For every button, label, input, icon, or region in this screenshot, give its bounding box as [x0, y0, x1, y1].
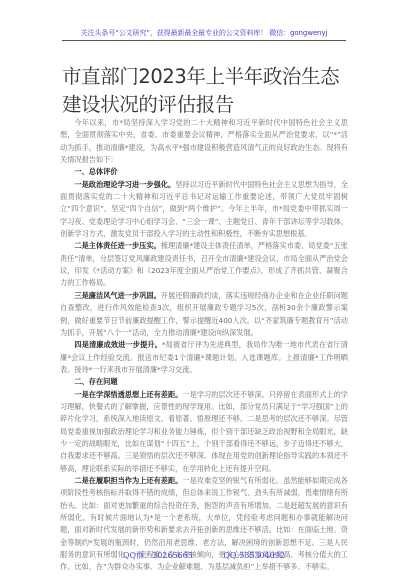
paragraph-text: 一是学习的层次还不够深。只停留在表面形式上的学习理解，快餐式的了解掌握，应景性的… [60, 390, 348, 473]
promo-banner: 关注头条号“公文研究”，获得最新最全最专业的公文资料库！ 微信：gongweny… [62, 28, 346, 41]
paragraph: 四是清廉成效进一步提升。*局被省厅评为先进典型，我局作为唯一地市代表在省厅清廉*… [60, 339, 348, 376]
intro-paragraph: 今年以来，市*局坚持深入学习党的二十大精神和习近平新时代中国特色社会主义思想，全… [60, 117, 348, 166]
document-body: 今年以来，市*局坚持深入学习党的二十大精神和习近平新时代中国特色社会主义思想，全… [60, 117, 348, 574]
page-title: 市直部门2023年上半年政治生态建设状况的评估报告 [62, 63, 352, 119]
qq-group-text: QQ群：30265665 [123, 551, 193, 560]
paragraph-lead: 二是在履职担当作为上还有差距。 [74, 476, 182, 485]
paragraph: 二是主体责任进一步压实。梳理清廉*建设主体责任清单，严格落实市委、局党委“五张责… [60, 240, 348, 289]
paragraph-lead: 三是廉洁风气进一步巩固。 [74, 291, 160, 300]
qq-text: QQ:535304092 [223, 551, 285, 560]
section-heading: 二、存在问题 [60, 376, 348, 388]
contact-footer: QQ群：30265665 QQ:535304092 [0, 550, 408, 561]
section-heading: 一、总体评价 [60, 166, 348, 178]
paragraph-lead: 二是主体责任进一步压实。 [74, 241, 160, 250]
document-page: 关注头条号“公文研究”，获得最新最全最专业的公文资料库！ 微信：gongweny… [0, 0, 408, 580]
paragraph: 一是政治理论学习进一步强化。坚持以习近平新时代中国特色社会主义思想为指导，全面贯… [60, 179, 348, 241]
paragraph: 三是廉洁风气进一步巩固。开展还假廉政约谈，落实违规经商办企业和在企业任职问题自查… [60, 290, 348, 339]
paragraph-lead: 一是在学深悟透思想上还有差距。 [74, 390, 182, 399]
paragraph: 一是在学深悟透思想上还有差距。一是学习的层次还不够深。只停留在表面形式上的学习理… [60, 389, 348, 475]
paragraph-lead: 一是政治理论学习进一步强化。 [74, 180, 175, 189]
paragraph-lead: 四是清廉成效进一步提升。 [74, 340, 162, 349]
